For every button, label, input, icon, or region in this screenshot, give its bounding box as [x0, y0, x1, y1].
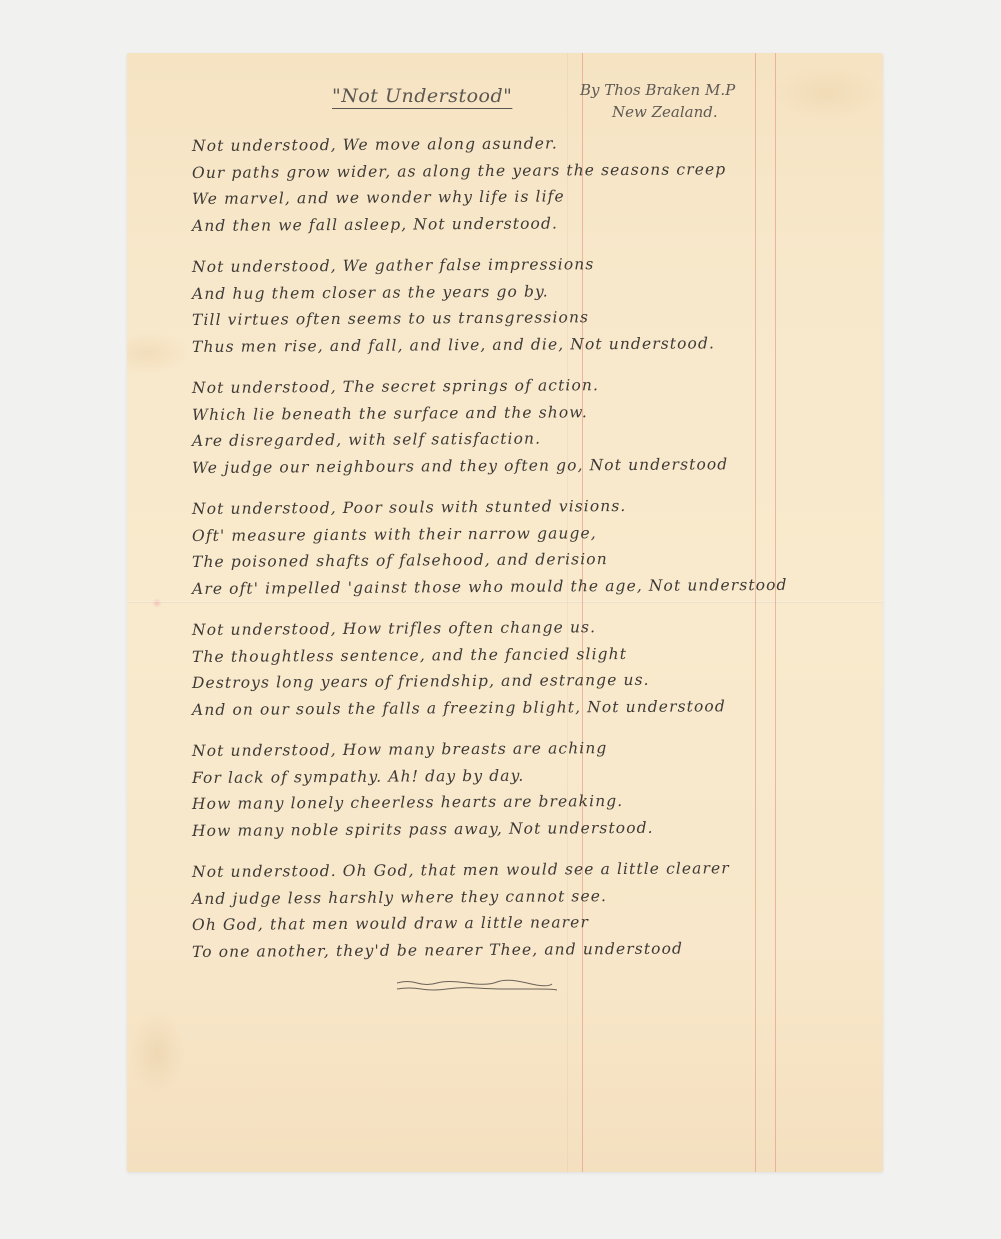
stanza-7: Not understood. Oh God, that men would s…: [192, 859, 882, 965]
verse-line: Are disregarded, with self satisfaction.: [192, 423, 882, 454]
author-byline: By Thos Braken M.P New Zealand.: [580, 79, 735, 123]
stanza-3: Not understood, The secret springs of ac…: [192, 375, 882, 481]
verse-line: How many lonely cheerless hearts are bre…: [192, 786, 882, 817]
verse-line: And then we fall asleep, Not understood.: [192, 208, 882, 239]
verse-line: And on our souls the falls a freezing bl…: [192, 692, 882, 723]
end-flourish-ornament: [397, 978, 557, 994]
verse-line: Not understood. Oh God, that men would s…: [192, 854, 882, 885]
verse-line: We marvel, and we wonder why life is lif…: [192, 181, 882, 212]
verse-line: Destroys long years of friendship, and e…: [192, 665, 882, 696]
manuscript-page: "Not Understood" By Thos Braken M.P New …: [127, 53, 883, 1172]
stanza-6: Not understood, How many breasts are ach…: [192, 738, 882, 844]
verse-line: To one another, they'd be nearer Thee, a…: [192, 934, 882, 965]
author-name: By Thos Braken M.P: [580, 81, 735, 99]
author-location: New Zealand.: [580, 101, 735, 123]
verse-line: The poisoned shafts of falsehood, and de…: [192, 544, 882, 575]
verse-line: Not understood, We move along asunder.: [192, 128, 882, 159]
stanza-2: Not understood, We gather false impressi…: [192, 254, 882, 360]
verse-line: Are oft' impelled 'gainst those who moul…: [192, 571, 882, 602]
verse-line: Oh God, that men would draw a little nea…: [192, 907, 882, 938]
verse-line: Not understood, How trifles often change…: [192, 612, 882, 643]
verse-line: Not understood, We gather false impressi…: [192, 249, 882, 280]
verse-line: Till virtues often seems to us transgres…: [192, 302, 882, 333]
verse-line: Not understood, The secret springs of ac…: [192, 370, 882, 401]
poem-title: "Not Understood": [332, 85, 512, 107]
verse-line: Not understood, Poor souls with stunted …: [192, 491, 882, 522]
stanza-5: Not understood, How trifles often change…: [192, 617, 882, 723]
verse-line: How many noble spirits pass away, Not un…: [192, 813, 882, 844]
verse-line: We judge our neighbours and they often g…: [192, 450, 882, 481]
verse-line: Thus men rise, and fall, and live, and d…: [192, 329, 882, 360]
verse-line: Not understood, How many breasts are ach…: [192, 733, 882, 764]
poem-body: Not understood, We move along asunder. O…: [192, 133, 882, 980]
stanza-4: Not understood, Poor souls with stunted …: [192, 496, 882, 602]
stanza-1: Not understood, We move along asunder. O…: [192, 133, 882, 239]
